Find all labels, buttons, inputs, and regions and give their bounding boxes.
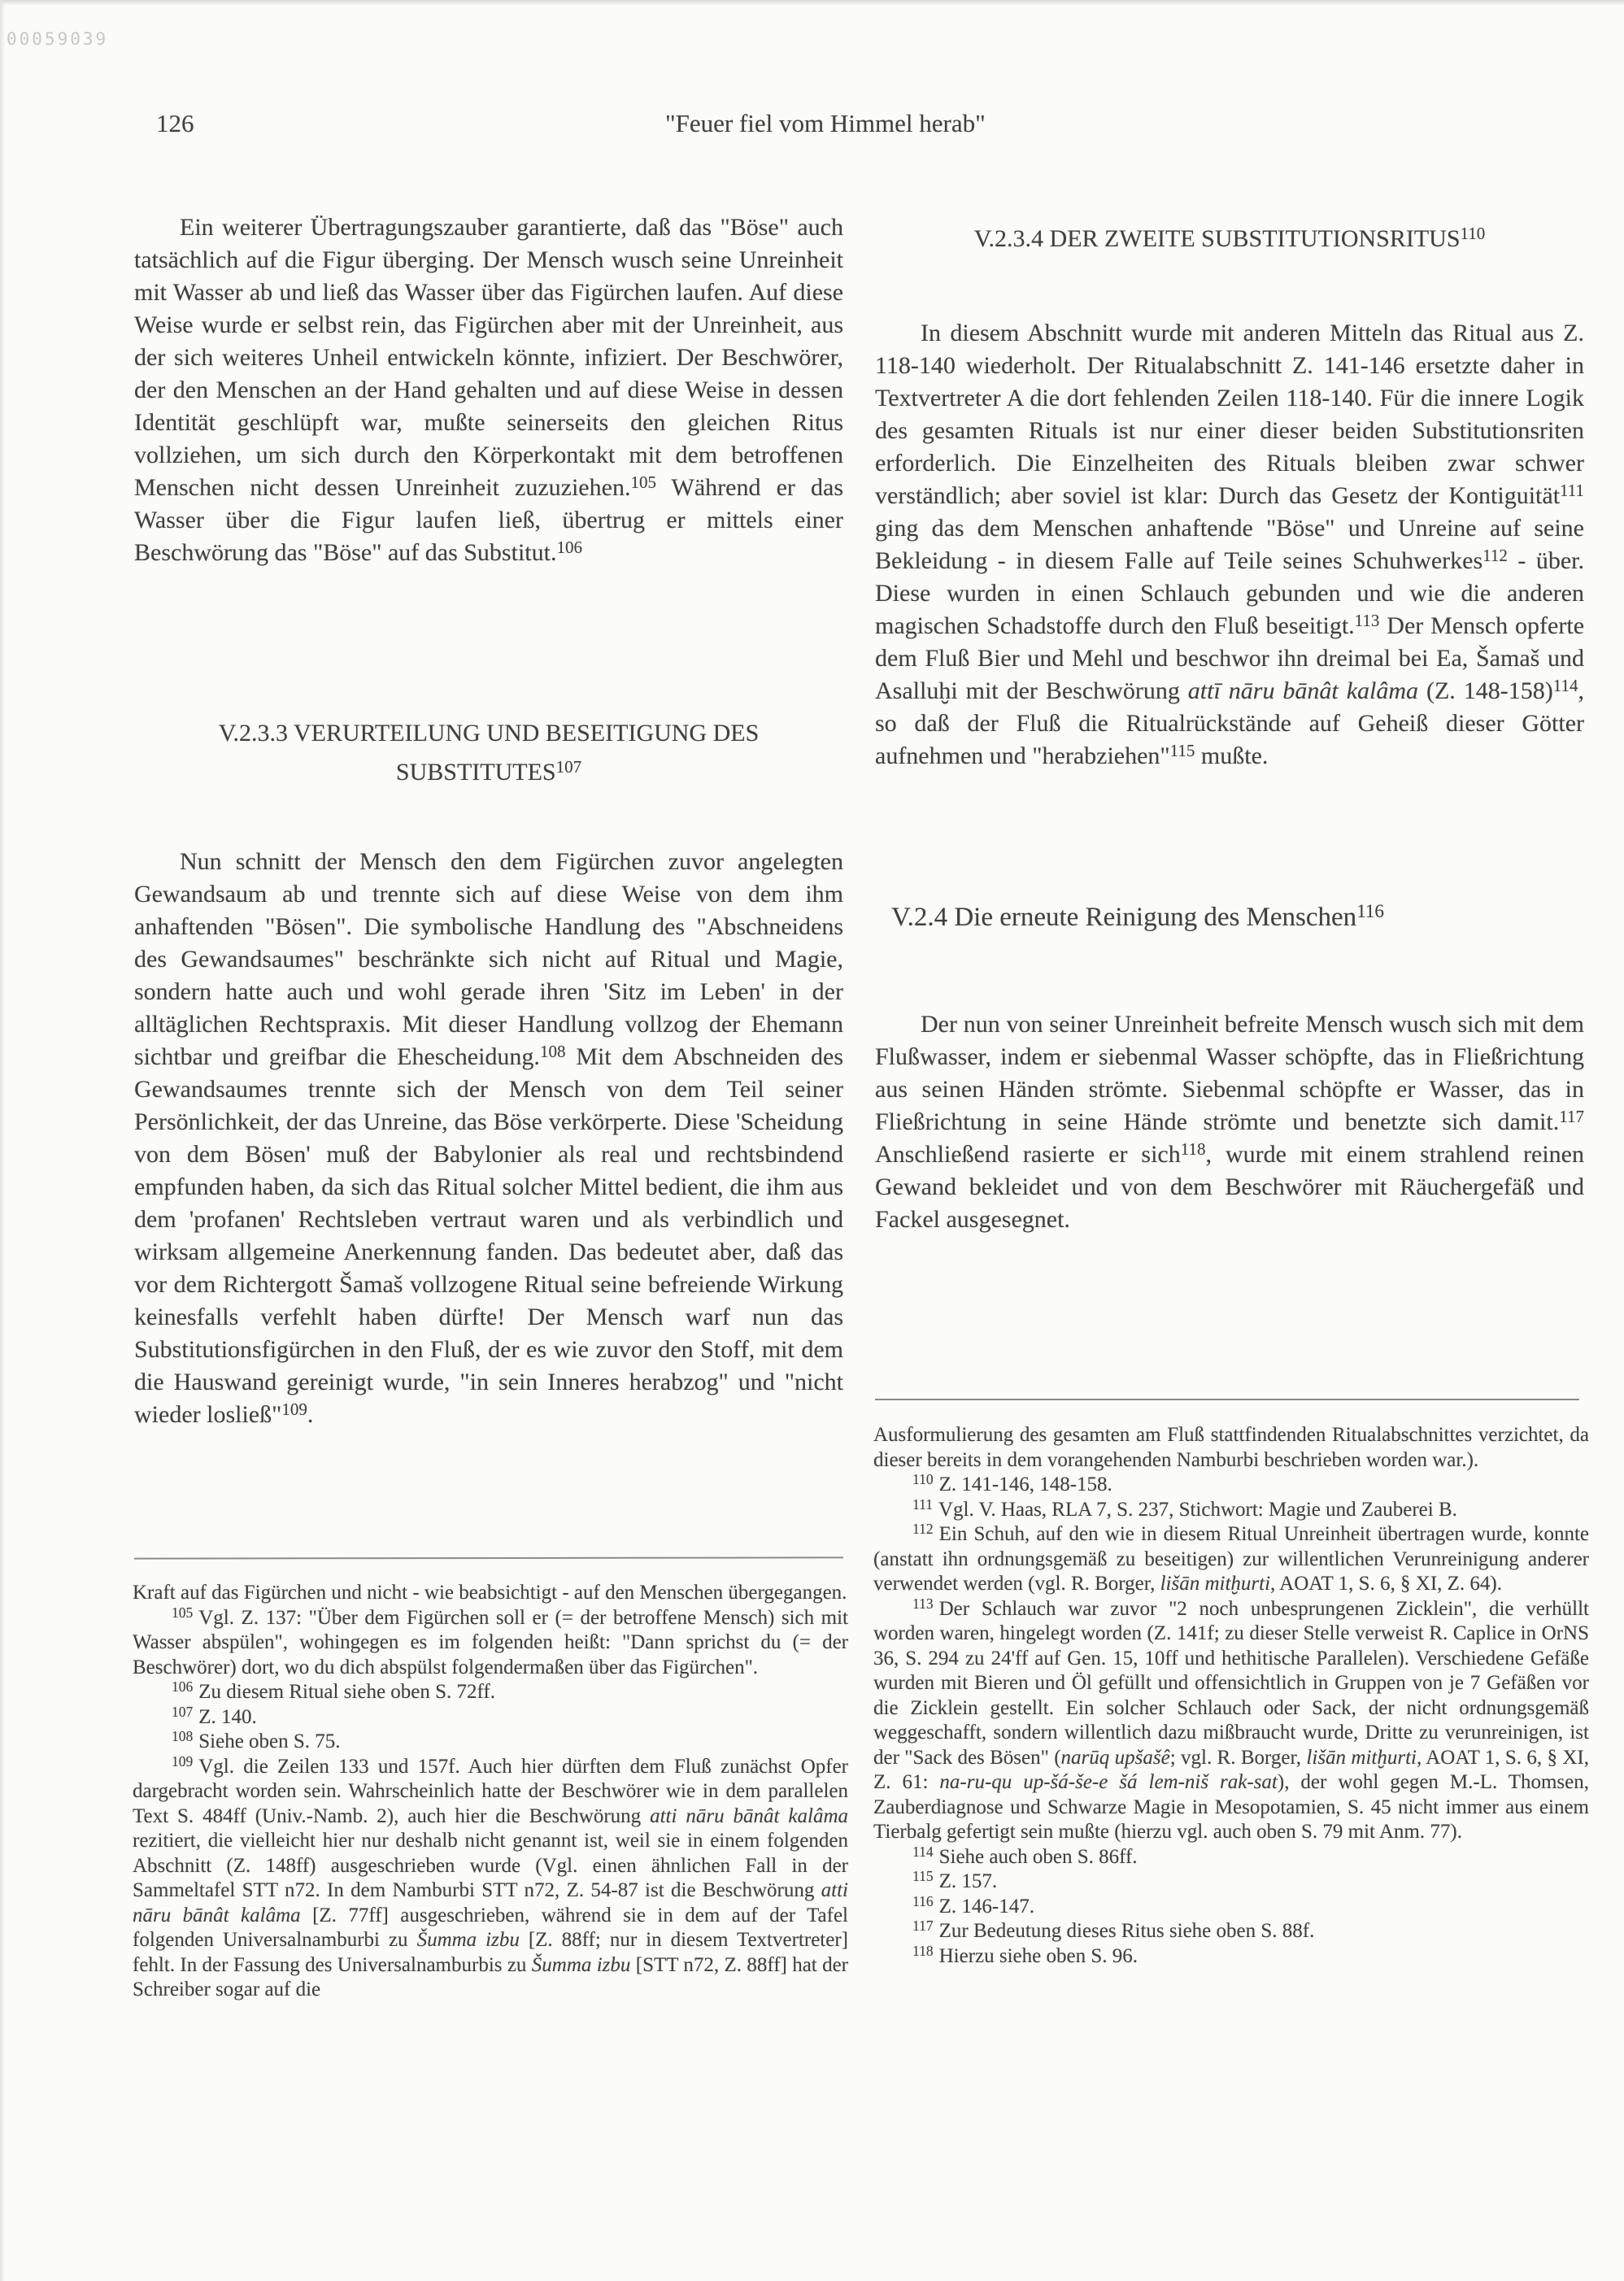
section-heading-v234: V.2.3.4 DER ZWEITE SUBSTITUTIONSRITUS110: [875, 221, 1584, 257]
footnote-separator-left: [134, 1556, 843, 1559]
footnote-number: 108: [172, 1728, 193, 1744]
footnote-item: Kraft auf das Figürchen und nicht - wie …: [133, 1581, 848, 1606]
footnote-item: 116Z. 146-147.: [873, 1895, 1589, 1920]
paragraph-renewed-cleansing: Der nun von seiner Unreinheit befreite M…: [875, 1008, 1584, 1236]
footnote-text: Siehe auch oben S. 86ff.: [939, 1846, 1138, 1868]
page: 00059039 126 "Feuer fiel vom Himmel hera…: [0, 0, 1624, 2281]
footnote-number: 109: [172, 1753, 193, 1770]
footnote-item: Ausformulierung des gesamten am Fluß sta…: [873, 1423, 1589, 1473]
scan-edge-left: [0, 0, 5, 2281]
footnote-item: 110Z. 141-146, 148-158.: [873, 1473, 1589, 1498]
footnote-item: 111Vgl. V. Haas, RLA 7, S. 237, Stichwor…: [873, 1498, 1589, 1523]
scanned-book-page: { "watermark": "00059039", "header": { "…: [0, 0, 1624, 2281]
footnote-text: Ausformulierung des gesamten am Fluß sta…: [873, 1424, 1589, 1471]
footnote-number: 118: [912, 1943, 934, 1959]
footnote-number: 116: [912, 1893, 934, 1909]
paragraph-condemnation: Nun schnitt der Mensch den dem Figürchen…: [134, 846, 843, 1431]
footnote-text: Z. 157.: [939, 1870, 998, 1892]
running-title: "Feuer fiel vom Himmel herab": [665, 109, 986, 138]
left-footnotes: Kraft auf das Figürchen und nicht - wie …: [133, 1581, 848, 2003]
footnote-item: 112Ein Schuh, auf den wie in diesem Ritu…: [873, 1522, 1589, 1597]
paragraph-second-substitution: In diesem Abschnitt wurde mit anderen Mi…: [875, 317, 1584, 773]
footnote-text: Ein Schuh, auf den wie in diesem Ritual …: [873, 1523, 1589, 1595]
footnote-text: Zur Bedeutung dieses Ritus siehe oben S.…: [939, 1920, 1315, 1942]
footnote-text: Z. 141-146, 148-158.: [939, 1474, 1112, 1495]
footnote-text: Siehe oben S. 75.: [198, 1730, 340, 1752]
footnote-number: 110: [912, 1471, 934, 1487]
footnote-separator-right: [875, 1399, 1579, 1400]
footnote-text: Z. 140.: [198, 1706, 257, 1728]
section-heading-v24: V.2.4 Die erneute Reinigung des Menschen…: [875, 899, 1600, 935]
footnote-number: 117: [912, 1918, 934, 1934]
footnote-number: 112: [912, 1521, 934, 1537]
footnote-item: 109Vgl. die Zeilen 133 und 157f. Auch hi…: [133, 1755, 848, 2003]
footnote-item: 117Zur Bedeutung dieses Ritus siehe oben…: [873, 1919, 1589, 1944]
footnote-text: Z. 146-147.: [939, 1896, 1034, 1918]
footnote-number: 114: [912, 1844, 934, 1860]
footnote-item: 108Siehe oben S. 75.: [133, 1730, 848, 1755]
footnote-text: Der Schlauch war zuvor "2 noch unbesprun…: [873, 1598, 1589, 1844]
footnote-number: 111: [912, 1496, 933, 1513]
footnote-item: 105Vgl. Z. 137: "Über dem Figürchen soll…: [133, 1606, 848, 1681]
scan-watermark: 00059039: [7, 29, 108, 49]
footnote-item: 113Der Schlauch war zuvor "2 noch unbesp…: [873, 1597, 1589, 1845]
footnote-number: 115: [912, 1868, 934, 1884]
footnote-number: 107: [172, 1704, 193, 1720]
footnote-number: 113: [912, 1595, 934, 1612]
footnote-text: Vgl. die Zeilen 133 und 157f. Auch hier …: [133, 1756, 848, 2001]
page-number: 126: [156, 109, 194, 138]
footnote-item: 107Z. 140.: [133, 1705, 848, 1730]
footnote-text: Vgl. Z. 137: "Über dem Figürchen soll er…: [133, 1607, 848, 1678]
scan-edge-top: [0, 0, 1624, 6]
footnote-text: Kraft auf das Figürchen und nicht - wie …: [133, 1582, 847, 1604]
footnote-text: Vgl. V. Haas, RLA 7, S. 237, Stichwort: …: [938, 1499, 1457, 1521]
footnote-item: 106Zu diesem Ritual siehe oben S. 72ff.: [133, 1680, 848, 1705]
footnote-text: Zu diesem Ritual siehe oben S. 72ff.: [198, 1681, 495, 1703]
footnote-number: 105: [172, 1604, 193, 1621]
footnote-item: 114Siehe auch oben S. 86ff.: [873, 1845, 1589, 1870]
section-heading-v233: V.2.3.3 VERURTEILUNG UND BESEITIGUNG DES…: [134, 714, 843, 792]
footnote-item: 115Z. 157.: [873, 1870, 1589, 1895]
right-footnotes: Ausformulierung des gesamten am Fluß sta…: [873, 1423, 1589, 1969]
footnote-number: 106: [172, 1678, 193, 1695]
footnote-text: Hierzu siehe oben S. 96.: [939, 1945, 1138, 1967]
paragraph-transfer-magic: Ein weiterer Übertragungszauber garantie…: [134, 211, 843, 569]
footnote-item: 118Hierzu siehe oben S. 96.: [873, 1944, 1589, 1970]
